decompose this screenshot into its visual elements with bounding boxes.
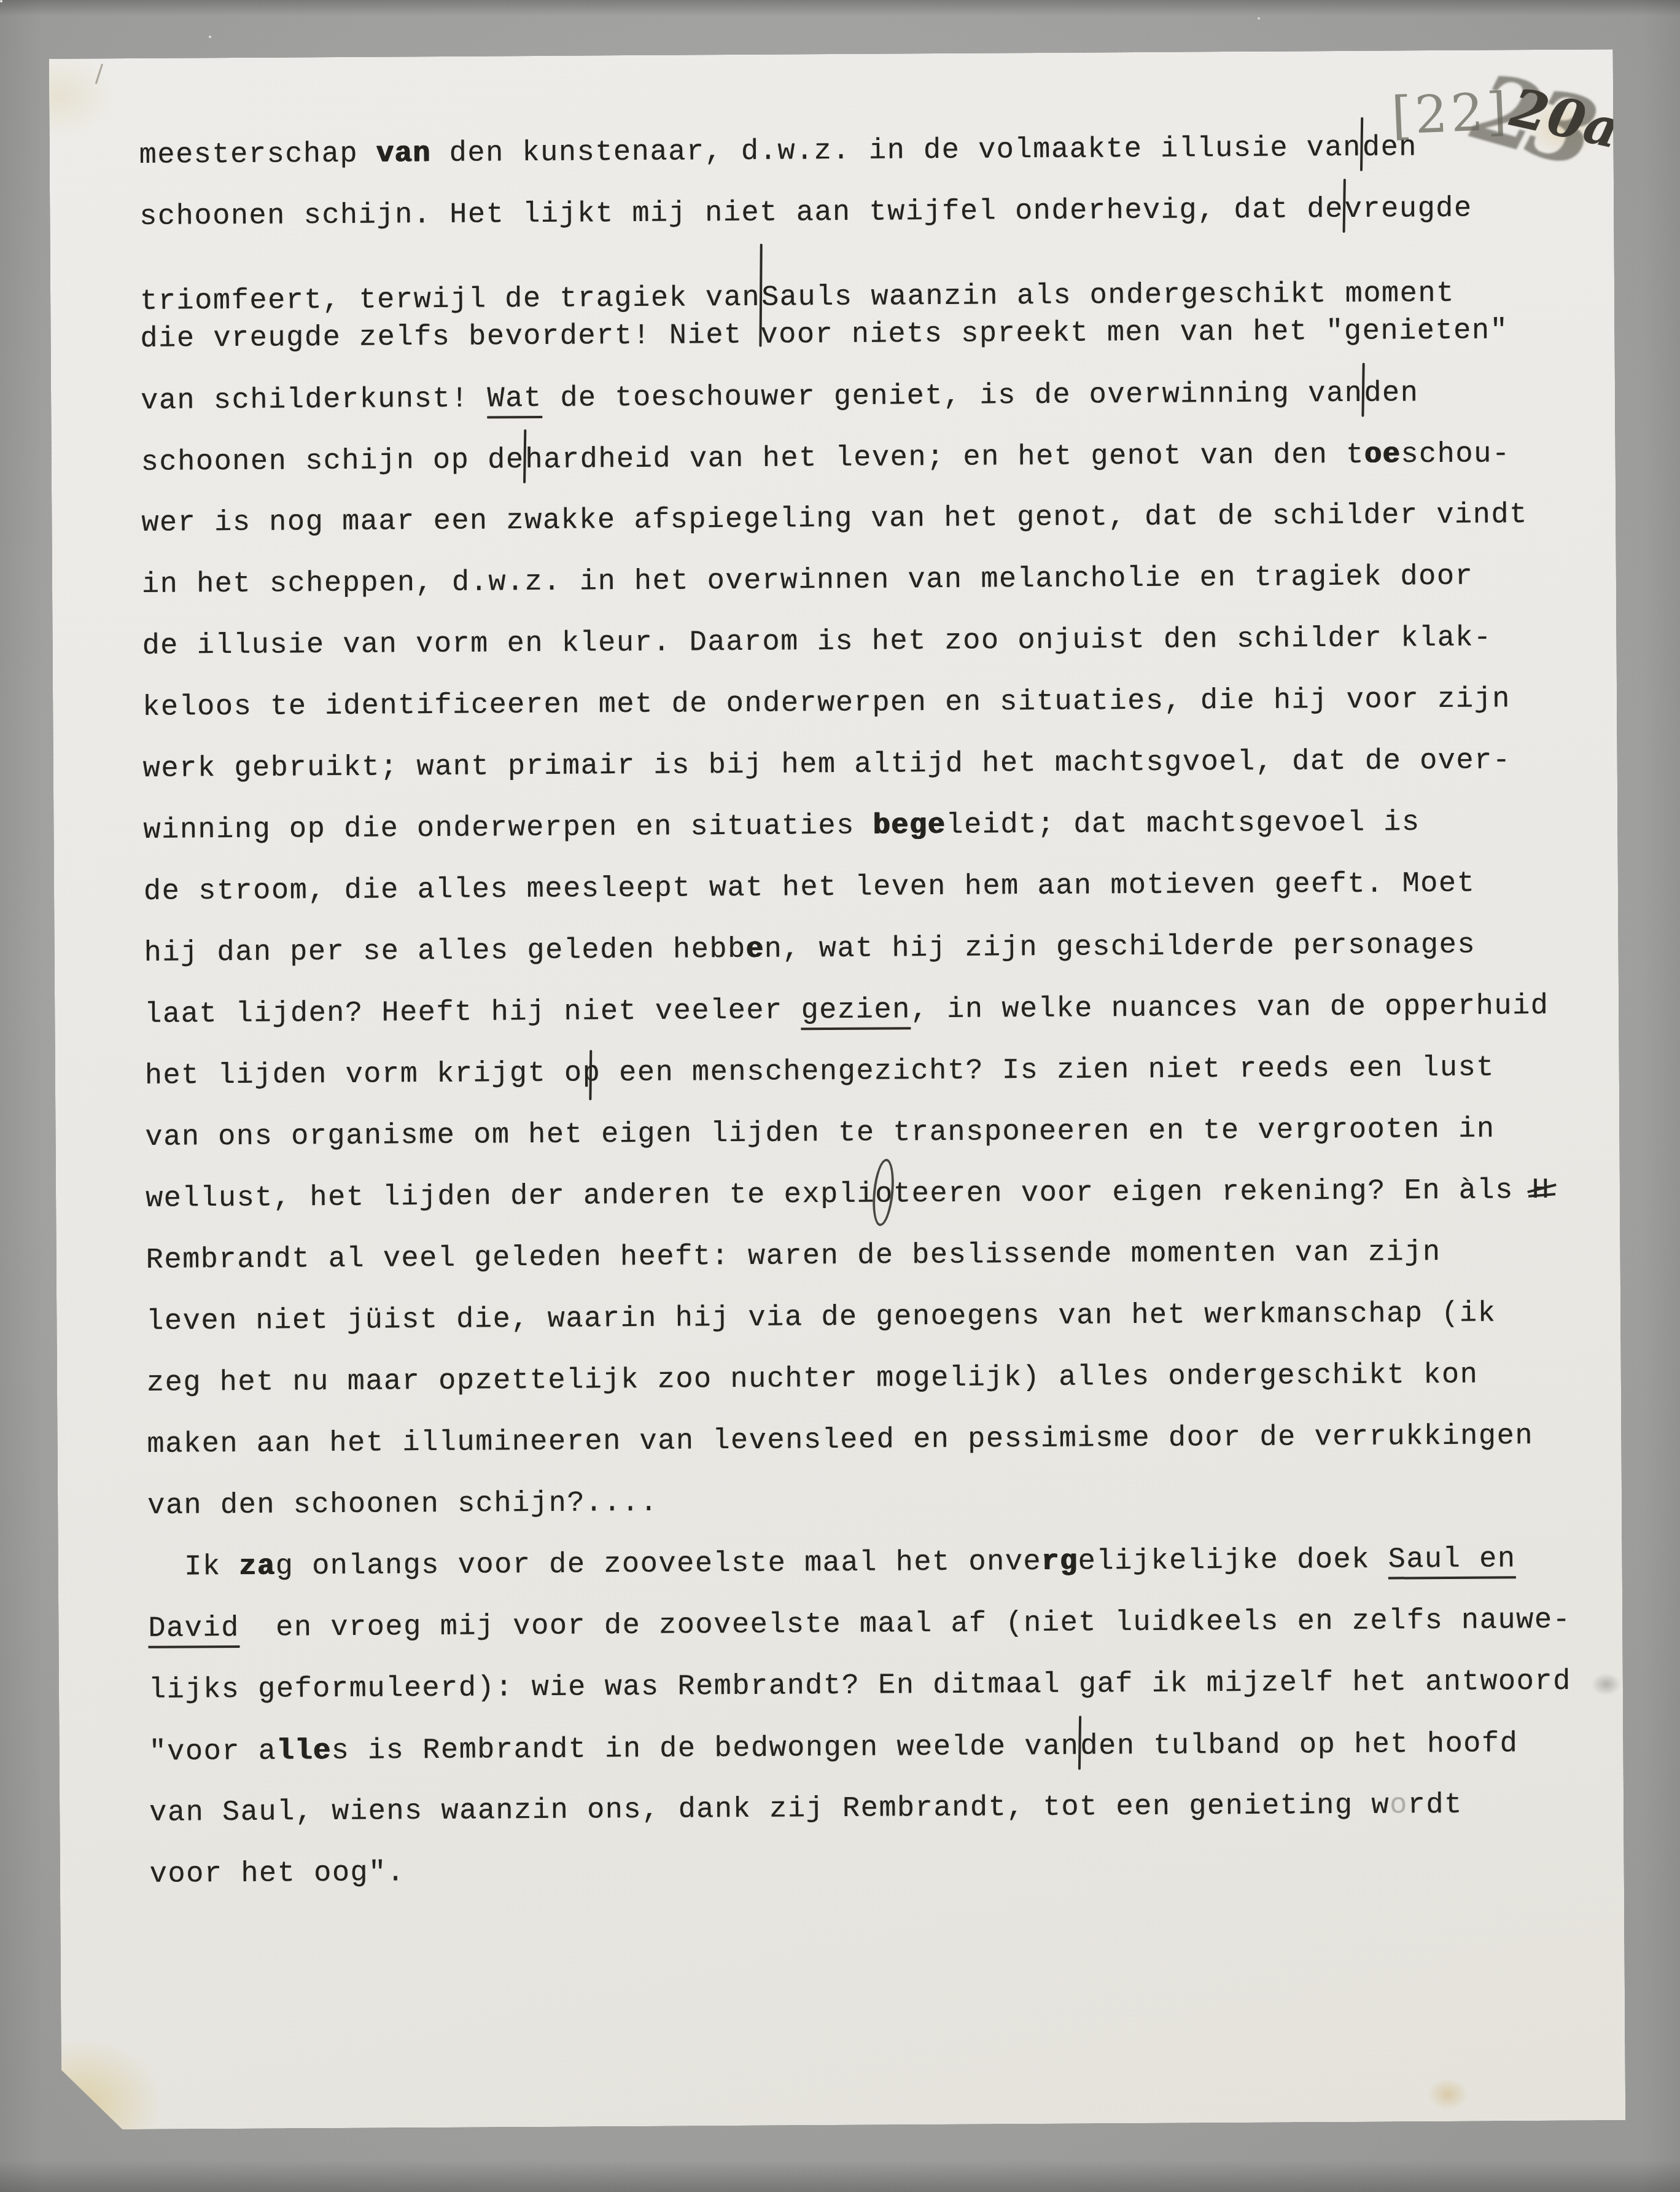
typed-line: winning op die onderwerpen en situaties …	[143, 791, 1593, 861]
typed-text: lle	[276, 1735, 331, 1768]
typed-text: Rembrandt al veel geleden heeft: waren d…	[146, 1236, 1441, 1277]
typed-line: schoonen schijn. Het lijkt mij niet aan …	[139, 177, 1589, 247]
typed-line: wellust, het lijden der anderen te expli…	[146, 1160, 1595, 1230]
typed-line: wer is nog maar een zwakke afspiegeling …	[141, 484, 1591, 554]
typed-text: hij dan per se alles geleden hebb	[144, 934, 746, 970]
typed-text: , in welke nuances van de opperhuid	[911, 990, 1549, 1026]
typed-text: za	[239, 1551, 276, 1583]
typed-line: voor het oog".	[149, 1835, 1599, 1905]
typed-text: g onlangs voor de zooveelste maal het on…	[276, 1546, 1042, 1583]
typed-text: winning op die onderwerpen en situaties	[143, 810, 873, 847]
typed-text: leven niet jüist die, waarin hij via de …	[146, 1297, 1496, 1338]
typed-line: die vreugde zelfs bevordert! Niet voor n…	[140, 300, 1590, 370]
typed-line: meesterschap van den kunstenaar, d.w.z. …	[139, 116, 1589, 186]
typed-line: David en vroeg mij voor de zooveelste ma…	[148, 1589, 1598, 1660]
typed-text: bege	[873, 809, 946, 843]
pen-mark	[1342, 179, 1345, 233]
typed-text: de toeschouwer geniet, is de overwinning…	[542, 378, 1363, 415]
typed-text: van Saul, wiens waanzin ons, dank zij Re…	[149, 1790, 1390, 1830]
typed-text: en vroeg mij voor de zooveelste maal af …	[239, 1604, 1571, 1645]
typed-line: van ons organisme om het eigen lijden te…	[145, 1098, 1595, 1168]
typed-text: vreugde	[1345, 193, 1472, 226]
typed-line: hij dan per se alles geleden hebben, wat…	[144, 914, 1593, 984]
typed-line: van schilderkunst! Wat de toeschouwer ge…	[141, 361, 1590, 431]
typed-text: meesterschap	[139, 138, 376, 172]
typewritten-text-block: meesterschap van den kunstenaar, d.w.z. …	[139, 116, 1599, 1906]
typed-text: elijkelijke doek	[1078, 1544, 1388, 1578]
typed-line: het lijden vorm krijgt op een menschenge…	[145, 1037, 1595, 1107]
typed-text: het lijden vorm krijgt o	[145, 1058, 583, 1093]
typed-text: teeren voor eigen rekening? En àls	[893, 1174, 1532, 1211]
typed-text: p	[583, 1057, 601, 1090]
paper-nick	[95, 64, 103, 84]
dust-speck	[0, 0, 2, 2]
underlined-text: Saul en	[1388, 1543, 1515, 1579]
typed-text: lijks geformuleerd): wie was Rembrandt? …	[149, 1666, 1571, 1707]
typed-text: e	[746, 934, 764, 966]
typed-text: s is Rembrandt in de bedwongen weelde va…	[331, 1731, 1079, 1768]
typed-text: schoonen schijn op de	[141, 444, 524, 479]
typed-line: Rembrandt al veel geleden heeft: waren d…	[146, 1221, 1595, 1291]
underlined-text: Wat	[487, 383, 542, 419]
typed-text: rdt	[1408, 1789, 1463, 1822]
typed-text: die vreugde zelfs bevordert! Niet voor n…	[140, 314, 1508, 356]
typed-line: Ik zag onlangs voor de zooveelste maal h…	[147, 1528, 1597, 1598]
typed-text: voor het oog".	[150, 1857, 405, 1891]
typed-line: maken aan het illumineeren van levenslee…	[147, 1405, 1596, 1475]
typed-text: van schilderkunst!	[141, 383, 488, 417]
typed-text: schou-	[1401, 438, 1511, 471]
typed-text: van	[376, 138, 431, 171]
typed-text: een menschengezicht? Is zien niet reeds …	[601, 1051, 1495, 1090]
typed-text: keloos te identificeeren met de onderwer…	[142, 683, 1511, 724]
typed-text: den tulband op het hoofd	[1080, 1728, 1518, 1763]
scanner-background: [22] 23 20a meesterschap van den kunsten…	[0, 0, 1680, 2192]
typed-text: den kunstenaar, d.w.z. in de volmaakte i…	[431, 132, 1361, 170]
typed-text: n, wat hij zijn geschilderde personages	[764, 929, 1476, 966]
typed-text: leidt; dat machtsgevoel is	[946, 806, 1420, 842]
typed-line: schoonen schijn op dehardheid van het le…	[141, 423, 1590, 493]
typed-text: van den schoonen schijn?....	[147, 1487, 658, 1523]
typed-text: de stroom, die alles meesleept wat het l…	[144, 868, 1476, 908]
typed-line: werk gebruikt; want primair is bij hem a…	[142, 730, 1592, 800]
typed-text: oe	[1364, 439, 1401, 471]
crossed-out-text: H	[1531, 1174, 1550, 1207]
typed-text: "voor a	[149, 1736, 276, 1769]
typed-text: schoonen schijn. Het lijkt mij niet aan …	[139, 193, 1344, 233]
typed-text: den	[1363, 131, 1417, 165]
typed-line: in het scheppen, d.w.z. in het overwinne…	[142, 545, 1592, 615]
typed-text: zeg het nu maar opzettelijk zoo nuchter …	[147, 1359, 1479, 1400]
typed-line: de stroom, die alles meesleept wat het l…	[144, 852, 1593, 922]
typed-line: lijks geformuleerd): wie was Rembrandt? …	[149, 1651, 1598, 1721]
typed-line: "voor alles is Rembrandt in de bedwongen…	[149, 1712, 1598, 1782]
paper: [22] 23 20a meesterschap van den kunsten…	[49, 49, 1626, 2129]
typed-text: rg	[1041, 1546, 1078, 1578]
typed-text: o	[1390, 1789, 1408, 1822]
typed-text: wellust, het lijden der anderen te expli	[146, 1179, 875, 1215]
typed-text: wer is nog maar een zwakke afspiegeling …	[141, 499, 1528, 540]
typed-text: werk gebruikt; want primair is bij hem a…	[143, 744, 1511, 786]
typed-line: van Saul, wiens waanzin ons, dank zij Re…	[149, 1774, 1599, 1844]
typed-text: Ik	[184, 1551, 239, 1584]
typed-text: van ons organisme om het eigen lijden te…	[145, 1113, 1495, 1153]
underlined-text: gezien	[801, 994, 911, 1030]
underlined-text: David	[148, 1612, 239, 1648]
pen-loop-mark: o	[875, 1178, 893, 1211]
typed-line: leven niet jüist die, waarin hij via de …	[146, 1282, 1596, 1352]
typed-line: de illusie van vorm en kleur. Daarom is …	[142, 607, 1592, 677]
typed-line: triomfeert, terwijl de tragiek vanSauls …	[140, 238, 1590, 308]
typed-line: van den schoonen schijn?....	[147, 1467, 1597, 1537]
typed-line: laat lijden? Heeft hij niet veeleer gezi…	[144, 975, 1594, 1045]
typed-text: laat lijden? Heeft hij niet veeleer	[144, 994, 801, 1031]
typed-text: de illusie van vorm en kleur. Daarom is …	[142, 622, 1491, 662]
typed-line: keloos te identificeeren met de onderwer…	[142, 668, 1592, 738]
typed-text: hardheid van het leven; en het genot van…	[525, 439, 1364, 477]
typed-text: den	[1364, 377, 1418, 410]
typed-text: in het scheppen, d.w.z. in het overwinne…	[142, 561, 1474, 601]
typed-line: zeg het nu maar opzettelijk zoo nuchter …	[147, 1344, 1596, 1414]
typed-text: maken aan het illumineeren van levenslee…	[147, 1420, 1533, 1461]
